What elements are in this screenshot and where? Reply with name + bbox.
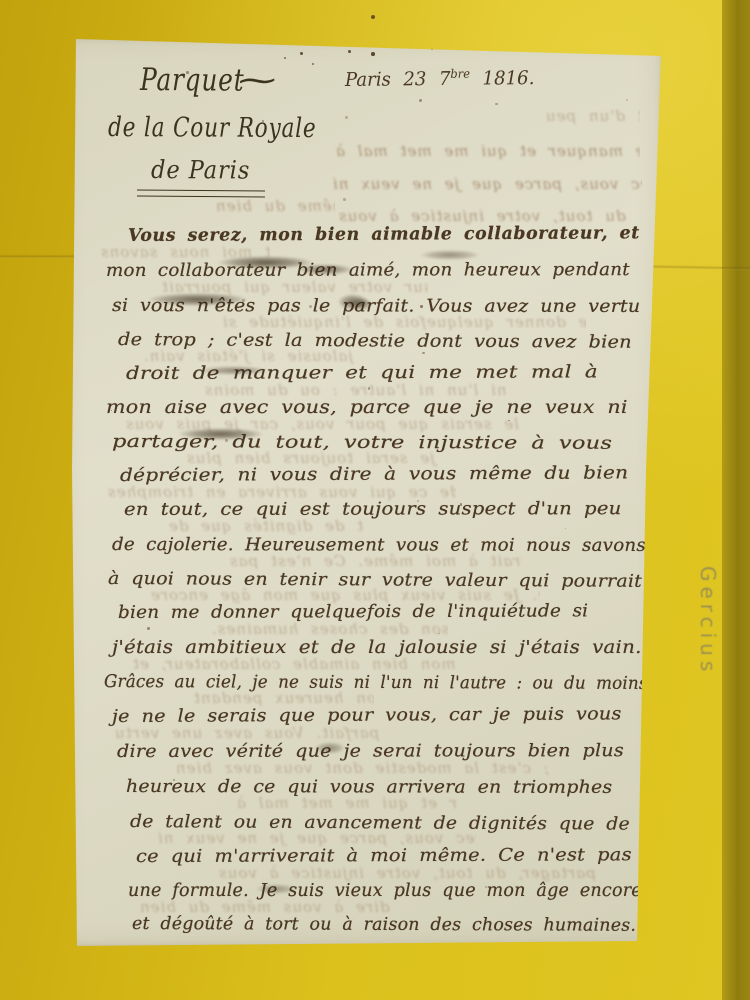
foxing-speck <box>422 352 425 355</box>
letterhead-double-rule <box>137 190 265 198</box>
dateline-year: 1816 <box>482 67 528 89</box>
mat-speck <box>371 15 375 19</box>
foxing-speck <box>312 63 314 65</box>
foxing-speck <box>368 387 371 390</box>
foxing-speck <box>495 103 497 105</box>
dateline-month-superscript: bre <box>450 67 470 81</box>
mat-fold-crease-left <box>0 255 80 258</box>
mat-fold-crease-right <box>644 265 750 270</box>
handwriting-line: à quoi nous en tenir sur votre valeur qu… <box>108 569 642 592</box>
handwriting-line: Vous serez, mon bien aimable collaborate… <box>128 223 640 246</box>
handwriting-line: ce qui m'arriverait à moi même. Ce n'est… <box>136 845 632 867</box>
pencil-margin-note: Gercius <box>696 566 720 676</box>
letterhead-flourish: ~ <box>235 62 283 98</box>
handwriting-line: et dégoûté à tort ou à raison des choses… <box>132 914 636 936</box>
foxing-speck <box>348 50 351 53</box>
handwriting-line: de trop ; c'est la modestie dont vous av… <box>118 330 632 353</box>
handwriting-line: en tout, ce qui est toujours suspect d'u… <box>124 499 622 520</box>
dateline-day: 23 <box>403 68 426 90</box>
foxing-speck <box>343 198 346 201</box>
handwriting-line: de talent ou en avancement de dignités q… <box>130 812 630 835</box>
foxing-speck <box>284 57 286 59</box>
letterhead-cour-royale: de la Cour Royale <box>108 112 317 144</box>
handwriting-line: heureux de ce qui vous arrivera en triom… <box>126 777 612 798</box>
foxing-speck <box>147 627 150 630</box>
bleedthrough-ghost-line: droit de manquer et qui me met mal à <box>335 141 640 163</box>
handwriting-line: de cajolerie. Heureusement vous et moi n… <box>112 535 646 556</box>
foxing-speck <box>565 528 566 529</box>
handwriting-line: Grâces au ciel, je ne suis ni l'un ni l'… <box>104 672 648 694</box>
ink-blot <box>420 250 480 260</box>
handwriting-line: déprécier, ni vous dire à vous même du b… <box>120 463 628 486</box>
foxing-speck <box>626 99 628 101</box>
letterhead-parquet-text: Parquet <box>140 62 244 99</box>
handwriting-line: mon aise avec vous, parce que je ne veux… <box>106 398 628 418</box>
handwriting-line: bien me donner quelquefois de l'inquiétu… <box>118 601 588 623</box>
handwriting-line: partager, du tout, votre injustice à vou… <box>112 432 612 454</box>
foxing-speck <box>438 633 440 635</box>
bleedthrough-ghost-line: déprécier, ni vous dire à vous même du b… <box>215 196 335 218</box>
mat-right-shadow-strip <box>722 0 750 1000</box>
bleedthrough-ghost-line: en tout, ce qui est toujours suspect d'u… <box>545 106 640 128</box>
handwriting-line: dire avec vérité que je serai toujours b… <box>117 741 624 762</box>
foxing-speck <box>300 52 303 55</box>
dateline-period: . <box>529 67 535 89</box>
handwriting-line: si vous n'êtes pas le parfait. Vous avez… <box>112 296 640 317</box>
photo-scene: droit de manquer et qui me met mal àmon … <box>0 0 750 1000</box>
letterhead-parquet: Parquet~ <box>140 62 269 99</box>
dateline-month: 7 <box>439 68 451 90</box>
foxing-speck <box>508 420 510 422</box>
handwriting-line: droit de manquer et qui me met mal à <box>126 362 598 384</box>
letter-sheet-content: droit de manquer et qui me met mal àmon … <box>0 0 750 1000</box>
dateline: Paris 23 7bre 1816. <box>345 66 535 91</box>
handwriting-line: mon collaborateur bien aimé, mon heureux… <box>106 260 630 281</box>
handwriting-line: je ne le serais que pour vous, car je pu… <box>112 704 622 727</box>
bleedthrough-ghost-line: mon aise avec vous, parce que je ne veux… <box>332 174 642 196</box>
foxing-speck <box>371 52 375 56</box>
dateline-place: Paris <box>345 69 391 91</box>
letterhead-de-paris: de Paris <box>151 155 250 185</box>
foxing-speck <box>345 116 348 119</box>
foxing-speck <box>431 48 433 50</box>
foxing-speck <box>419 99 422 102</box>
handwriting-line: j'étais ambitieux et de la jalousie si j… <box>112 638 642 658</box>
foxing-speck <box>149 906 150 907</box>
handwriting-line: une formule. Je suis vieux plus que mon … <box>128 881 642 901</box>
letter-sheet: droit de manquer et qui me met mal àmon … <box>58 34 664 948</box>
